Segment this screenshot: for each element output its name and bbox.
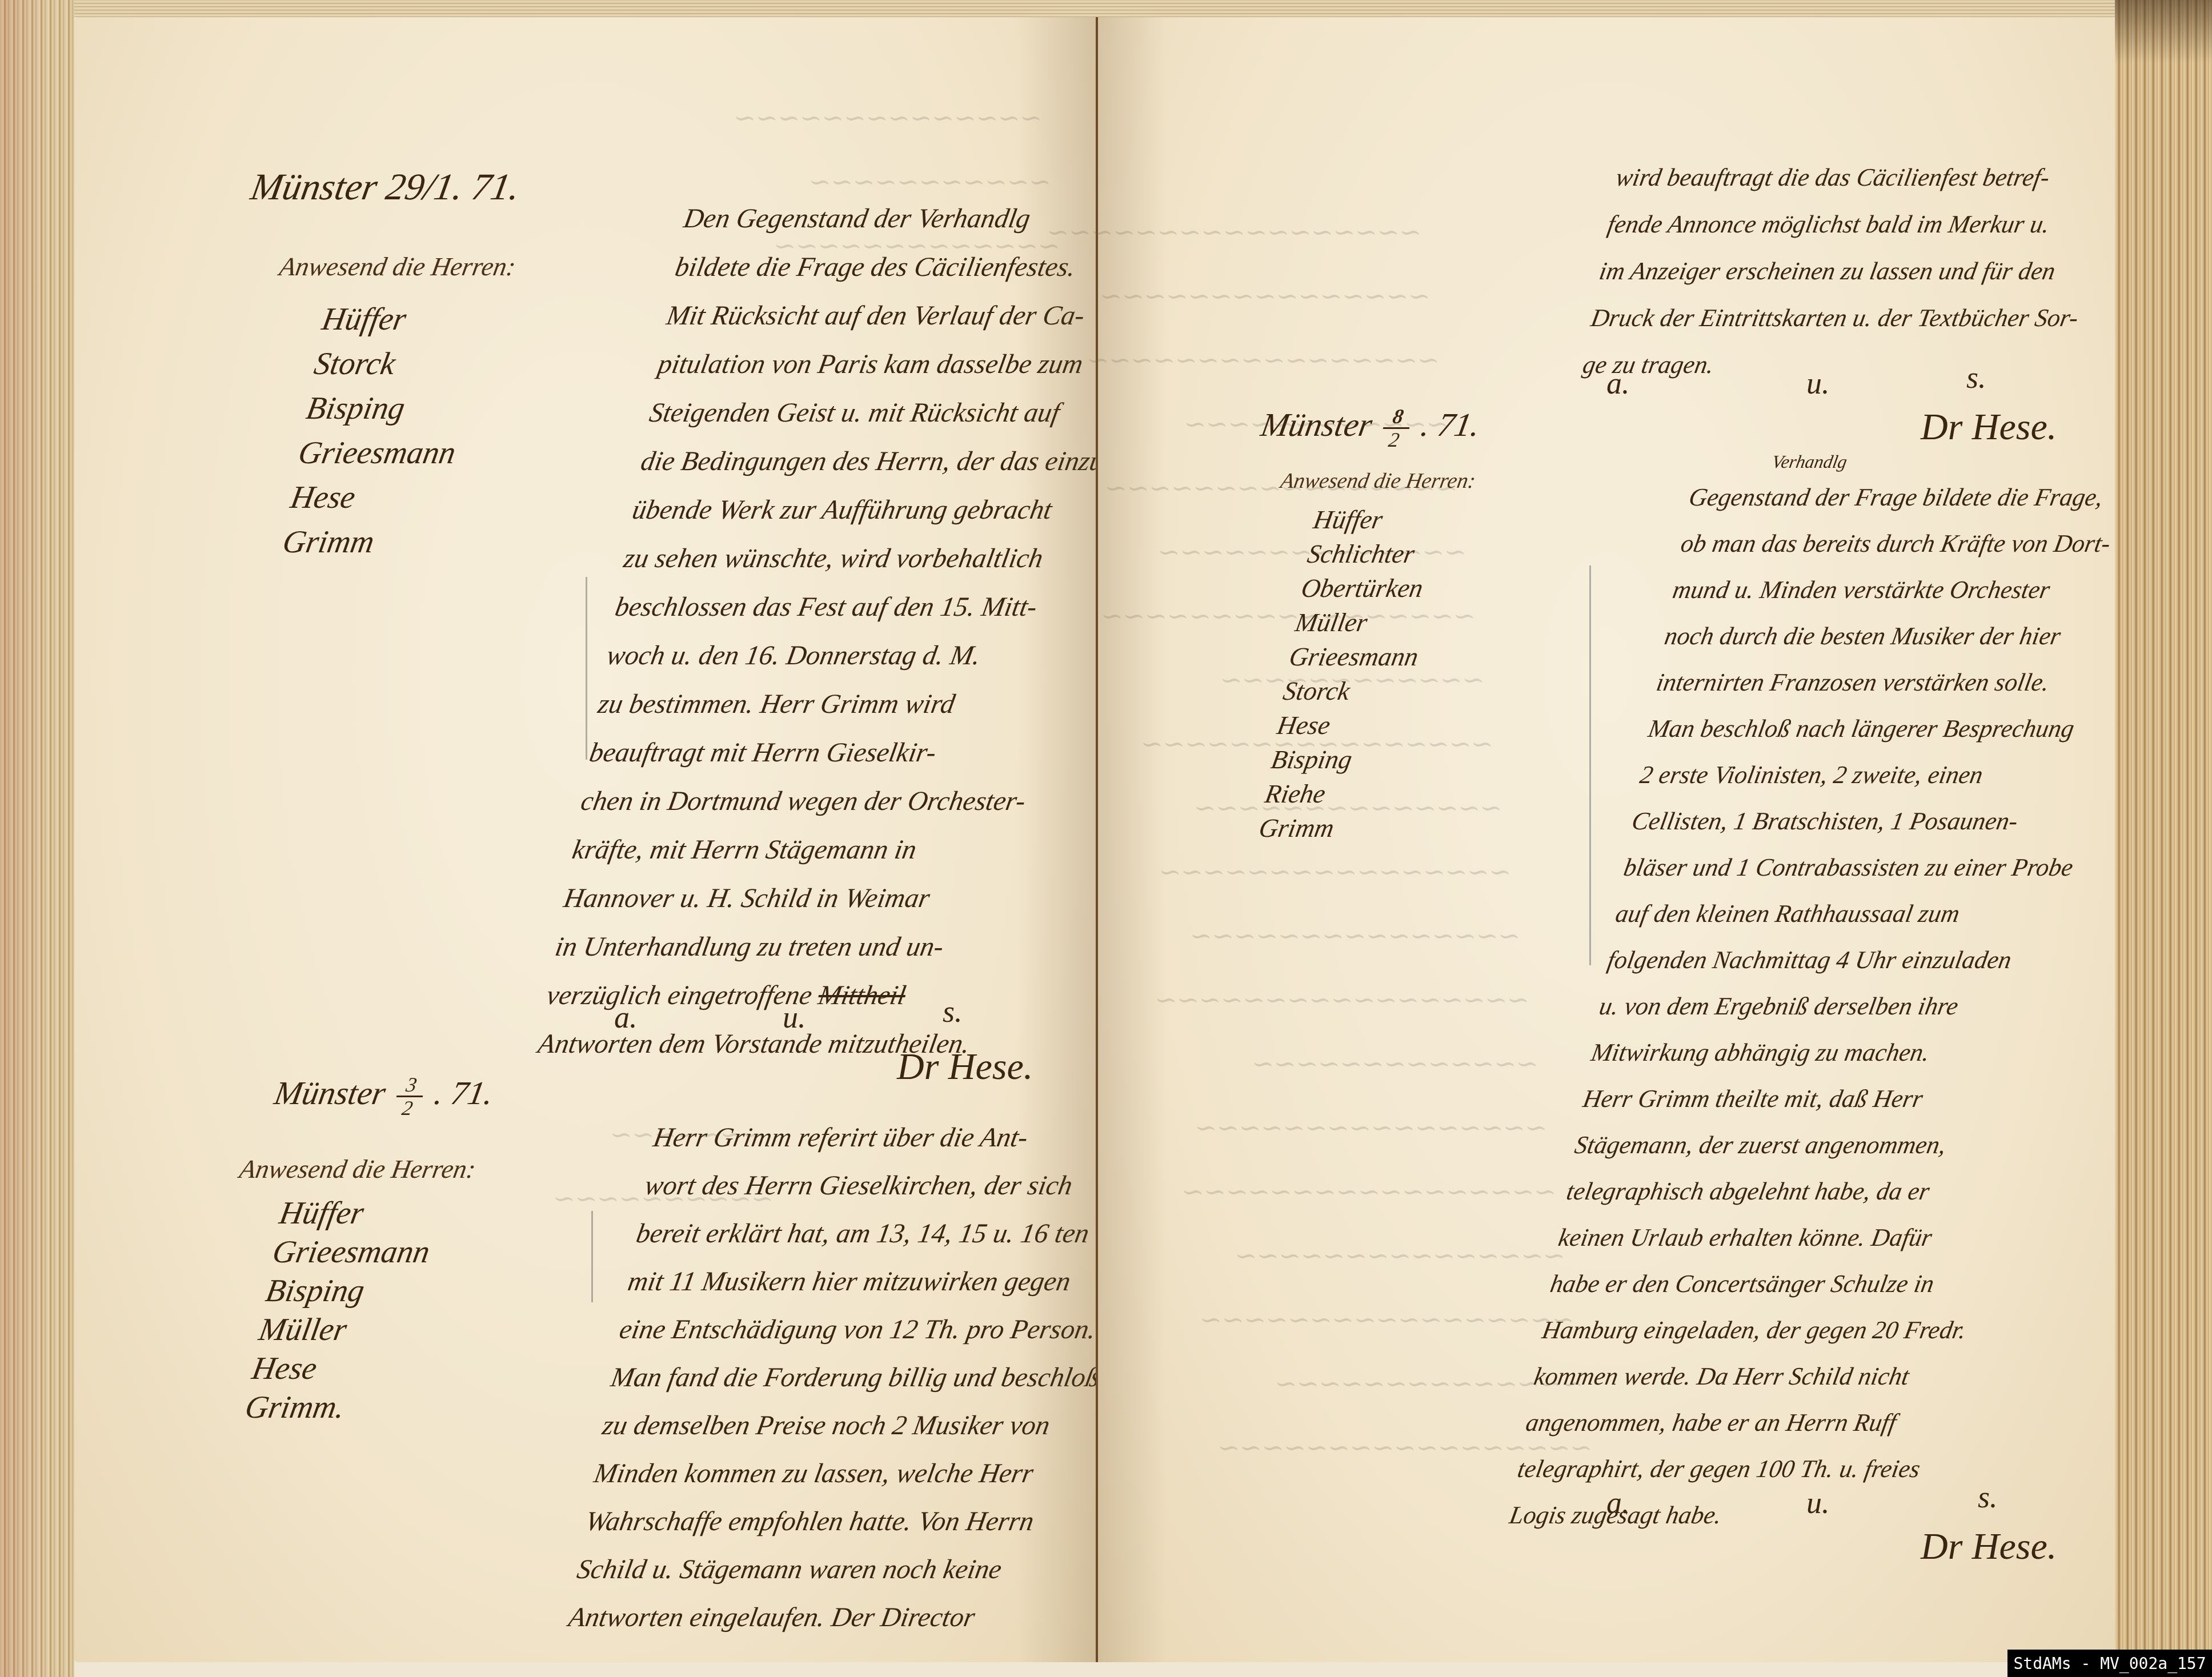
attendee-name: Hüffer <box>1311 503 1445 537</box>
attendee-list: Hüffer Grieesmann Bisping Müller Hese Gr… <box>242 1194 440 1427</box>
text-line: zu demselben Preise noch 2 Musiker von <box>599 1402 1095 1450</box>
signature: Dr Hese. <box>1921 1525 2057 1568</box>
heading-date-fraction: 3 2 <box>392 1074 427 1119</box>
text-line: im Anzeiger erscheinen zu lassen und für… <box>1596 248 2090 295</box>
text-line: chen in Dortmund wegen der Orchester- <box>577 777 1057 825</box>
text-line: die Bedingungen des Herrn, der das einzu… <box>637 437 1117 486</box>
page-edges-top <box>0 0 2212 17</box>
text-line: bläser und 1 Contrabassisten zu einer Pr… <box>1620 844 2077 890</box>
attendee-name: Grieesmann <box>270 1233 433 1271</box>
signature: Dr Hese. <box>897 1045 1033 1089</box>
entry-heading: Münster 3 2 . 71. <box>270 1074 496 1119</box>
text-line: fende Annonce möglichst bald im Merkur u… <box>1604 201 2098 248</box>
attendee-name: Hese <box>249 1349 412 1388</box>
text-line: Minden kommen zu lassen, welche Herr <box>590 1450 1087 1498</box>
text-line: Hannover u. H. Schild in Weimar <box>560 874 1040 922</box>
text-line: pitulation von Paris kam dasselbe zum <box>654 340 1134 388</box>
attendee-name: Hüffer <box>319 297 483 342</box>
minutes-paragraph: wird beauftragt die das Cäcilienfest bet… <box>1579 154 2107 388</box>
text-line: keinen Urlaub erhalten könne. Dafür <box>1554 1214 2011 1261</box>
attendee-list: Hüffer Storck Bisping Grieesmann Hese Gr… <box>279 297 483 564</box>
attendee-name: Müller <box>256 1310 419 1349</box>
minutes-paragraph: Herr Grimm referirt über die Ant- wort d… <box>565 1114 1146 1642</box>
text-line: telegraphirt, der gegen 100 Th. u. freie… <box>1514 1446 1971 1492</box>
heading-place: Münster <box>271 1074 388 1112</box>
text-line: wird beauftragt die das Cäcilienfest bet… <box>1612 154 2107 201</box>
text-line: habe er den Concertsänger Schulze in <box>1546 1261 2003 1307</box>
left-page: ~~~~~~~~~~~~~~ ~~~~~~~~~~~ ~~~~~~~~~~~~~… <box>74 17 1097 1662</box>
text-line: wort des Herrn Gieselkirchen, der sich <box>641 1162 1137 1210</box>
fraction-top: 8 <box>1383 406 1413 429</box>
text-line: mund u. Minden verstärkte Orchester <box>1669 567 2126 613</box>
open-book: ~~~~~~~~~~~~~~ ~~~~~~~~~~~ ~~~~~~~~~~~~~… <box>0 0 2212 1677</box>
archive-caption: StdAMs - MV_002a_157 <box>2007 1650 2212 1677</box>
text-line: Logis zugesagt habe. <box>1506 1492 1963 1538</box>
attendance-label: Anwesend die Herren: <box>237 1154 478 1184</box>
attendee-name: Hese <box>287 475 451 520</box>
text-line: auf den kleinen Rathhaussaal zum <box>1612 890 2069 937</box>
attendee-name: Bisping <box>303 386 467 431</box>
attendance-label: Anwesend die Herren: <box>1279 468 1477 494</box>
text-line: angenommen, habe er an Herrn Ruff <box>1522 1399 1979 1446</box>
sign-off-a: a. <box>614 1000 638 1035</box>
heading-year: . 71. <box>1418 406 1483 443</box>
text-line: Hamburg eingeladen, der gegen 20 Fredr. <box>1538 1307 1995 1353</box>
attendee-name: Obertürken <box>1299 571 1433 605</box>
attendee-name: Grimm <box>1256 811 1390 845</box>
text-line: Mit Rücksicht auf den Verlauf der Ca- <box>663 291 1143 340</box>
heading-year: . 71. <box>432 1074 496 1112</box>
text-line: Man fand die Forderung billig und beschl… <box>607 1354 1104 1402</box>
text-line: Gegenstand der Frage bildete die Frage, <box>1685 474 2142 520</box>
text-line: eine Entschädigung von 12 Th. pro Person… <box>615 1306 1112 1354</box>
text-line: bildete die Frage des Cäcilienfestes. <box>671 243 1151 291</box>
text-line: zu bestimmen. Herr Grimm wird <box>594 680 1074 728</box>
text-line: 2 erste Violinisten, 2 zweite, einen <box>1636 752 2093 798</box>
text-line: noch durch die besten Musiker der hier <box>1661 613 2118 659</box>
text-line: bereit erklärt hat, am 13, 14, 15 u. 16 … <box>632 1210 1129 1258</box>
text-line: Steigenden Geist u. mit Rücksicht auf <box>646 388 1125 437</box>
attendee-name: Grimm <box>279 520 444 564</box>
minutes-paragraph: Den Gegenstand der Verhandlg bildete die… <box>534 194 1160 1068</box>
sign-off-a: a. <box>1606 366 1630 401</box>
text-line: Herr Grimm theilte mit, daß Herr <box>1579 1076 2036 1122</box>
fraction-bottom: 2 <box>1387 429 1401 451</box>
attendee-name: Grieesmann <box>295 431 459 475</box>
sign-off-a: a. <box>1606 1485 1630 1520</box>
sign-off-u: u. <box>1806 1485 1830 1520</box>
text-line: Den Gegenstand der Verhandlg <box>680 194 1160 243</box>
fraction-top: 3 <box>396 1074 427 1097</box>
signature: Dr Hese. <box>1921 406 2057 449</box>
attendee-list: Hüffer Schlichter Obertürken Müller Grie… <box>1256 503 1445 845</box>
attendance-label: Anwesend die Herren: <box>277 251 518 282</box>
text-line: Wahrschaffe empfohlen hatte. Von Herrn <box>582 1498 1078 1546</box>
text-line: Schild u. Stägemann waren noch keine <box>573 1546 1069 1594</box>
text-line: Cellisten, 1 Bratschisten, 1 Posaunen- <box>1628 798 2085 844</box>
sign-off-s: s. <box>1978 1479 1998 1515</box>
text-fragment: verzüglich eingetroffene <box>544 980 815 1010</box>
sign-off-u: u. <box>783 1000 806 1035</box>
attendee-name: Storck <box>311 342 475 386</box>
text-line: telegraphisch abgelehnt habe, da er <box>1563 1168 2020 1214</box>
sign-off-s: s. <box>943 994 963 1029</box>
pencil-margin-mark <box>1589 565 1591 965</box>
text-line: internirten Franzosen verstärken solle. <box>1653 659 2110 705</box>
minutes-paragraph: Gegenstand der Frage bildete die Frage, … <box>1506 474 2142 1538</box>
text-line: Druck der Eintrittskarten u. der Textbüc… <box>1587 295 2082 342</box>
attendee-name: Grieesmann <box>1287 640 1421 674</box>
attendee-name: Bisping <box>263 1271 426 1310</box>
text-line: kommen werde. Da Herr Schild nicht <box>1530 1353 1987 1399</box>
right-page: ~~~~~~~~~~~~~~~~~ ~~~~~~~~~~~~~~~ ~~~~~~… <box>1098 17 2115 1662</box>
attendee-name: Storck <box>1280 674 1414 708</box>
sign-off-u: u. <box>1806 366 1830 401</box>
text-line: Man beschloß nach längerer Besprechung <box>1645 705 2102 752</box>
text-line: u. von dem Ergebniß derselben ihre <box>1596 983 2053 1029</box>
attendee-name: Müller <box>1293 605 1427 640</box>
insertion-above-line: Verhandlg <box>1770 451 1849 472</box>
attendee-name: Riehe <box>1263 777 1397 811</box>
text-line: beauftragt mit Herrn Gieselkir- <box>586 728 1065 777</box>
page-edges-right <box>2115 0 2212 1677</box>
attendee-name: Hese <box>1275 708 1409 743</box>
attendee-name: Bisping <box>1268 743 1402 777</box>
attendee-name: Grimm. <box>242 1388 406 1427</box>
sign-off-s: s. <box>1966 360 1986 395</box>
struck-word: Mittheil <box>816 980 908 1010</box>
heading-place: Münster <box>1258 406 1375 443</box>
entry-heading: Münster 8 2 . 71. <box>1257 406 1483 451</box>
text-line: ob man das bereits durch Kräfte von Dort… <box>1677 520 2134 567</box>
text-line: Antworten eingelaufen. Der Director <box>565 1594 1061 1642</box>
text-line: folgenden Nachmittag 4 Uhr einzuladen <box>1604 937 2061 983</box>
entry-heading: Münster 29/1. 71. <box>247 166 523 209</box>
text-line: mit 11 Musikern hier mitzuwirken gegen <box>624 1258 1120 1306</box>
text-line: woch u. den 16. Donnerstag d. M. <box>603 631 1083 680</box>
pencil-margin-mark <box>591 1211 593 1302</box>
text-line: zu sehen wünschte, wird vorbehaltlich <box>620 534 1100 583</box>
text-line: Herr Grimm referirt über die Ant- <box>650 1114 1146 1162</box>
text-line: Stägemann, der zuerst angenommen, <box>1571 1122 2028 1168</box>
text-line: beschlossen das Fest auf den 15. Mitt- <box>611 583 1091 631</box>
text-line: übende Werk zur Aufführung gebracht <box>628 486 1108 534</box>
heading-date-fraction: 8 2 <box>1379 406 1413 451</box>
page-edges-left <box>0 0 74 1677</box>
text-line: kräfte, mit Herrn Stägemann in <box>568 825 1048 874</box>
pencil-margin-mark <box>586 577 587 760</box>
text-line: in Unterhandlung zu treten und un- <box>551 922 1031 971</box>
attendee-name: Schlichter <box>1305 537 1439 571</box>
fraction-bottom: 2 <box>400 1097 415 1119</box>
text-line: Mitwirkung abhängig zu machen. <box>1588 1029 2045 1076</box>
attendee-name: Hüffer <box>276 1194 440 1233</box>
